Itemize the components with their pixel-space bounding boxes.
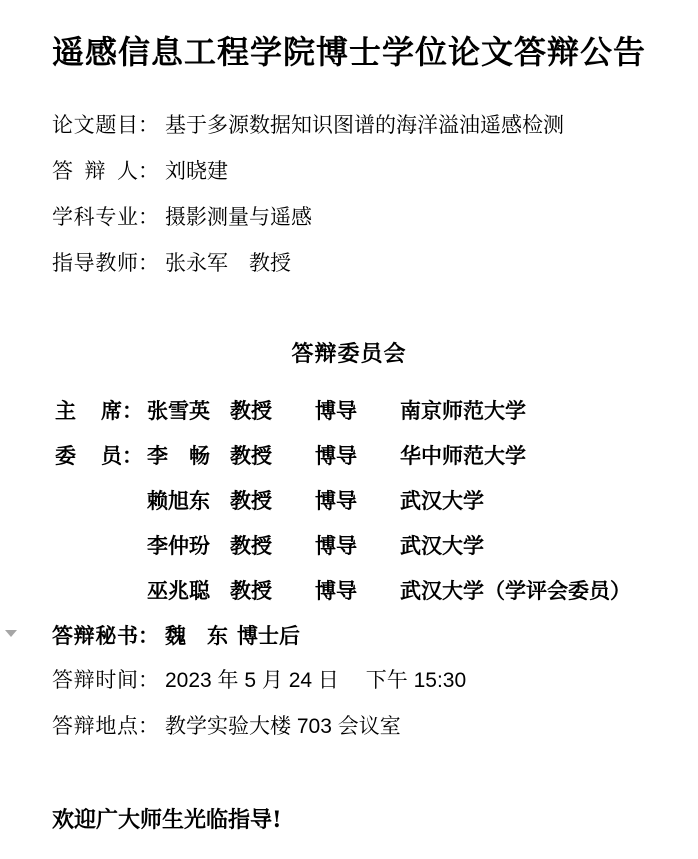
member-university: 武汉大学（学评会委员） (400, 579, 698, 603)
colon: ： (138, 206, 159, 229)
member-name: 赖旭东 (147, 489, 230, 513)
thesis-title-value: 基于多源数据知识图谱的海洋溢油遥感检测 (165, 114, 564, 137)
secretary-name: 魏 东 (165, 624, 237, 648)
secretary-row: 答辩秘书：魏 东博士后 (52, 624, 698, 648)
advisor-row: 指导教师：张永军 教授 (52, 252, 698, 275)
colon: ： (138, 252, 159, 275)
defense-announcement-document: 遥感信息工程学院博士学位论文答辩公告 论文题目：基于多源数据知识图谱的海洋溢油遥… (0, 0, 698, 859)
committee-row-member: 巫兆聪 教授 博导 武汉大学（学评会委员） (55, 579, 698, 603)
defense-place-label: 答辩地点 (52, 715, 138, 738)
schedule-section: 答辩时间：2023 年 5 月 24 日 下午 15:30 答辩地点：教学实验大… (52, 669, 698, 738)
role-second-char: 席： (101, 399, 143, 423)
member-title: 教授 (230, 444, 315, 468)
member-supervisor-qualification: 博导 (315, 489, 400, 513)
welcome-message: 欢迎广大师生光临指导! (52, 808, 698, 832)
member-supervisor-qualification: 博导 (315, 534, 400, 558)
defender-row: 答 辩 人：刘晓建 (52, 160, 698, 183)
member-name: 李 畅 (147, 444, 230, 468)
member-supervisor-qualification: 博导 (315, 579, 400, 603)
member-role: 主席： (55, 399, 143, 423)
member-university: 武汉大学 (400, 534, 698, 558)
member-university: 华中师范大学 (400, 444, 698, 468)
defender-value: 刘晓建 (165, 160, 228, 183)
outline-collapse-triangle-icon[interactable] (5, 630, 17, 637)
thesis-info-section: 论文题目：基于多源数据知识图谱的海洋溢油遥感检测 答 辩 人：刘晓建 学科专业：… (52, 114, 698, 275)
member-university: 武汉大学 (400, 489, 698, 513)
secretary-title: 博士后 (237, 623, 300, 648)
defender-label: 答 辩 人 (52, 160, 138, 183)
member-title: 教授 (230, 489, 315, 513)
member-supervisor-qualification: 博导 (315, 399, 400, 423)
major-row: 学科专业：摄影测量与遥感 (52, 206, 698, 229)
member-name: 张雪英 (147, 399, 230, 423)
member-title: 教授 (230, 399, 315, 423)
secretary-label: 答辩秘书 (52, 624, 138, 648)
member-title: 教授 (230, 534, 315, 558)
committee-member-list: 主席： 张雪英 教授 博导 南京师范大学 委员： 李 畅 教授 博导 华中师范大… (55, 399, 698, 603)
major-value: 摄影测量与遥感 (165, 206, 312, 229)
advisor-label: 指导教师 (52, 252, 138, 275)
thesis-title-label: 论文题目 (52, 114, 138, 137)
colon: ： (138, 715, 159, 738)
defense-time-row: 答辩时间：2023 年 5 月 24 日 下午 15:30 (52, 669, 698, 692)
page-title: 遥感信息工程学院博士学位论文答辩公告 (0, 0, 698, 74)
member-university: 南京师范大学 (400, 399, 698, 423)
member-supervisor-qualification: 博导 (315, 444, 400, 468)
committee-row-member: 赖旭东 教授 博导 武汉大学 (55, 489, 698, 513)
member-name: 李仲玢 (147, 534, 230, 558)
colon: ： (138, 114, 159, 137)
defense-place-row: 答辩地点：教学实验大楼 703 会议室 (52, 715, 698, 738)
colon: ： (138, 669, 159, 692)
thesis-title-row: 论文题目：基于多源数据知识图谱的海洋溢油遥感检测 (52, 114, 698, 137)
defense-place-value: 教学实验大楼 703 会议室 (165, 715, 401, 738)
member-title: 教授 (230, 579, 315, 603)
member-name: 巫兆聪 (147, 579, 230, 603)
major-label: 学科专业 (52, 206, 138, 229)
role-second-char: 员： (101, 444, 143, 468)
committee-row-chair: 主席： 张雪英 教授 博导 南京师范大学 (55, 399, 698, 423)
role-first-char: 委 (55, 444, 76, 468)
committee-heading: 答辩委员会 (0, 342, 698, 366)
committee-row-member: 委员： 李 畅 教授 博导 华中师范大学 (55, 444, 698, 468)
colon: ： (138, 623, 159, 648)
committee-row-member: 李仲玢 教授 博导 武汉大学 (55, 534, 698, 558)
defense-time-label: 答辩时间 (52, 669, 138, 692)
colon: ： (138, 160, 159, 183)
defense-time-value: 2023 年 5 月 24 日 下午 15:30 (165, 669, 466, 692)
member-role: 委员： (55, 444, 143, 468)
advisor-value: 张永军 教授 (165, 252, 291, 275)
role-first-char: 主 (55, 399, 76, 423)
